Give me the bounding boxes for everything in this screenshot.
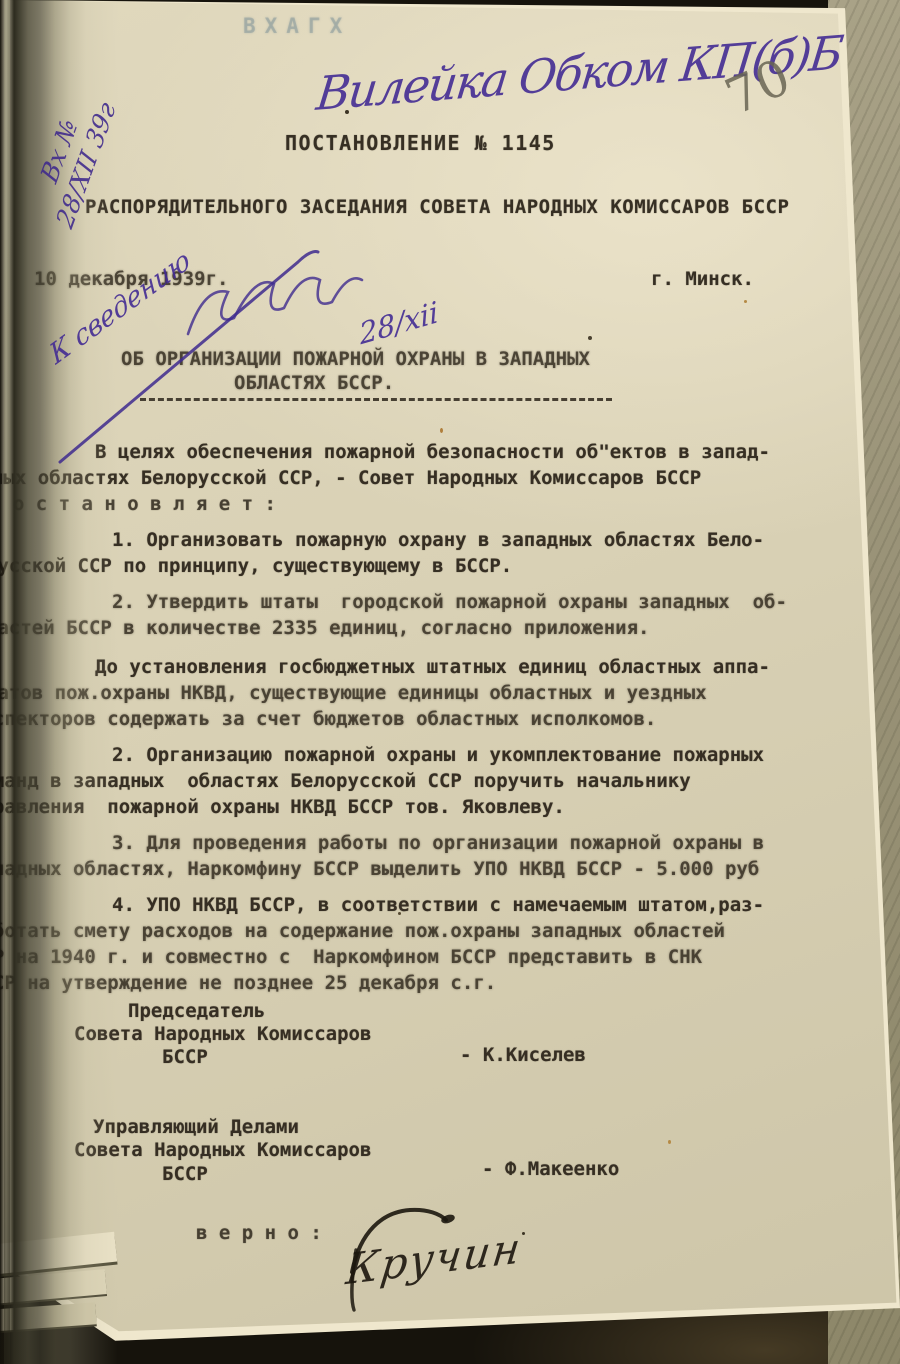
body-line: 3. Для проведения работы по организации … (112, 832, 764, 854)
body-line: западных областях, Наркомфину БССР выдел… (0, 858, 759, 880)
signer2-name: - Ф.Макеенко (482, 1158, 619, 1180)
paper-speck (588, 336, 592, 340)
subject-line-2: ОБЛАСТЯХ БССР. (234, 372, 394, 394)
body-line: 2. Организацию пожарной охраны и укомпле… (112, 744, 764, 766)
paper-speck (668, 1140, 671, 1144)
verno-label: в е р н о : (196, 1222, 322, 1244)
signer2-role-line: Управляющий Делами (93, 1116, 299, 1138)
decree-subtitle: РАСПОРЯДИТЕЛЬНОГО ЗАСЕДАНИЯ СОВЕТА НАРОД… (85, 196, 789, 218)
body-line: БССР на утверждение не позднее 25 декабр… (0, 972, 496, 994)
signer2-role-line: БССР (162, 1163, 208, 1185)
decree-title: ПОСТАНОВЛЕНИЕ № 1145 (285, 131, 556, 155)
body-line: работать смету расходов на содержание по… (0, 920, 725, 942)
body-line: 1. Организовать пожарную охрану в западн… (112, 529, 764, 551)
body-line: ластей БССР в количестве 2335 единиц, со… (0, 617, 649, 639)
decree-date: 10 декабря 1939г. (34, 268, 228, 290)
body-line: До установления госбюджетных штатных еди… (95, 656, 770, 678)
paper-speck (744, 300, 747, 303)
decree-place: г. Минск. (651, 268, 754, 290)
signer1-role-line: Председатель (128, 1000, 265, 1022)
document-content: ВХАГХ ПОСТАНОВЛЕНИЕ № 1145 РАСПОРЯДИТЕЛЬ… (0, 0, 900, 1364)
subject-line-1: ОБ ОРГАНИЗАЦИИ ПОЖАРНОЙ ОХРАНЫ В ЗАПАДНЫ… (121, 348, 590, 370)
scanned-document-photo: { "document": { "stamp": "ВХАГХ", "top_n… (0, 0, 900, 1364)
body-line: 2. Утвердить штаты городской пожарной ох… (112, 591, 787, 613)
body-line: русской ССР по принципу, существующему в… (0, 555, 512, 577)
signer1-role-line: Совета Народных Комиссаров (74, 1023, 371, 1045)
body-line: инспекторов содержать за счет бюджетов о… (0, 708, 656, 730)
signer2-role-line: Совета Народных Комиссаров (74, 1139, 371, 1161)
body-line: ных областях Белорусской ССР, - Совет На… (0, 467, 701, 489)
paper-speck (522, 1232, 525, 1235)
signer1-name: - К.Киселев (460, 1044, 586, 1066)
signer1-role-line: БССР (162, 1046, 208, 1068)
dashed-underline (140, 398, 612, 401)
body-line: В целях обеспечения пожарной безопасност… (95, 441, 770, 463)
faint-archive-stamp: ВХАГХ (243, 14, 351, 38)
paper-speck (345, 110, 349, 114)
body-line: 4. УПО НКВД БССР, в соответствии с намеч… (112, 894, 764, 916)
paper-speck (440, 428, 443, 433)
body-line: ратов пож.охраны НКВД, существующие един… (0, 682, 707, 704)
body-line: ССР на 1940 г. и совместно с Наркомфином… (0, 946, 702, 968)
body-line: команд в западных областях Белорусской С… (0, 770, 691, 792)
body-line: управления пожарной охраны НКВД БССР тов… (0, 796, 565, 818)
paper-speck (398, 912, 401, 915)
body-line: п о с т а н о в л я е т : (0, 493, 276, 515)
